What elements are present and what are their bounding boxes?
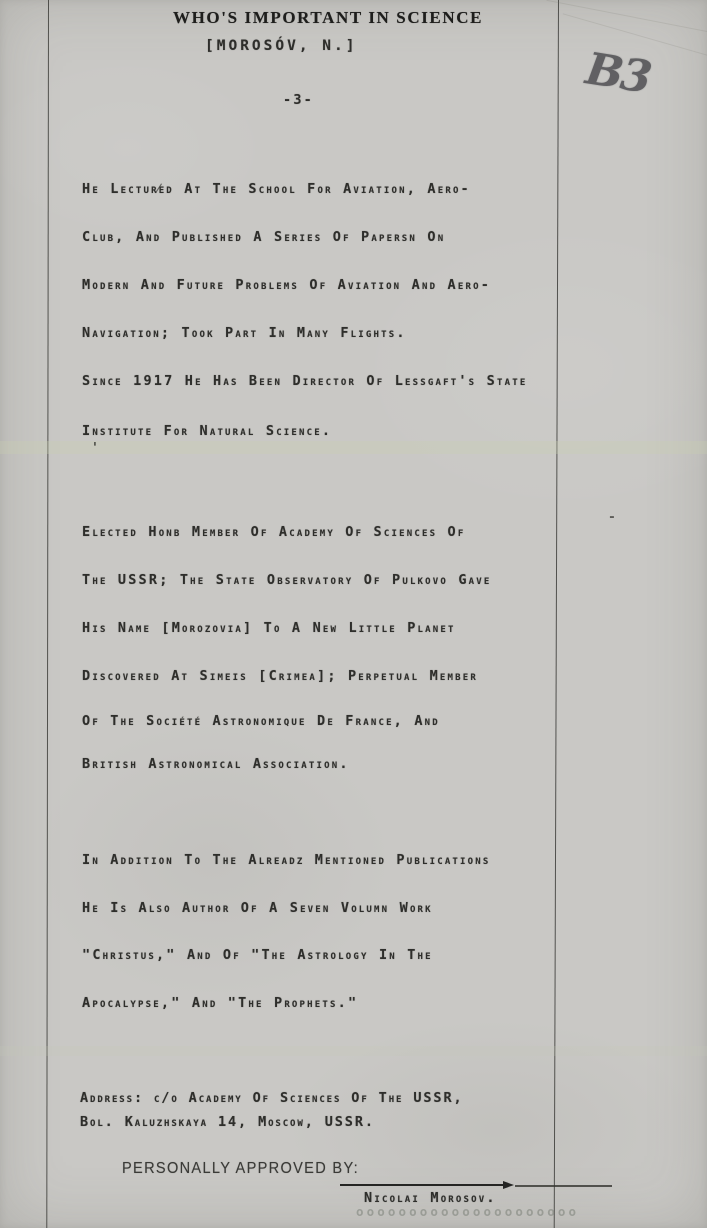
address-line: Bol. Kaluzhskaya 14, Moscow, USSR. [80,1114,375,1130]
scan-tint-band [0,441,707,454]
text-line: Institute For Natural Science. [82,423,332,439]
page-number: -3- [283,92,314,108]
text-line: In Addition To The Alreadz Mentioned Pub… [82,852,491,868]
text-line: Of The Société Astronomique De France, A… [82,713,440,729]
text-line: He Lectured At The School For Aviation, … [82,181,471,197]
text-line: "Christus," And Of "The Astrology In The [82,947,433,963]
signature-line [515,1185,612,1187]
text-line: Since 1917 He Has Been Director Of Lessg… [82,373,527,389]
faded-typed-row: ooooooooooooooooooooo [356,1204,579,1219]
text-line: The USSR; The State Observatory Of Pulko… [82,572,492,588]
arrow-icon [503,1181,514,1189]
text-line: His Name [Morozovia] To A New Little Pla… [82,620,456,636]
text-line: Discovered At Simeis [Crimea]; Perpetual… [82,668,478,684]
text-line: Navigation; Took Part In Many Flights. [82,325,407,341]
stray-mark: ' [91,441,99,456]
page-title: WHO'S IMPORTANT IN SCIENCE [173,8,483,28]
subject-name: [MOROSÓV, N.] [205,38,358,54]
text-line: British Astronomical Association. [82,756,350,772]
text-line: Club, And Published A Series Of Papersn … [82,229,445,245]
left-margin-line [46,0,49,1228]
paper-crease [563,13,707,55]
handwritten-archive-mark: B3 [582,43,653,103]
text-line: Apocalypse," And "The Prophets." [82,995,358,1011]
scanned-document-page: WHO'S IMPORTANT IN SCIENCE [MOROSÓV, N.]… [0,0,707,1228]
text-line: He Is Also Author Of A Seven Volumn Work [82,900,433,916]
address-line: Address: c/o Academy Of Sciences Of The … [80,1090,464,1106]
scan-tint-band [0,1046,707,1056]
right-margin-line [554,0,560,1228]
stray-mark: - [608,510,616,525]
approval-label: PERSONALLY APPROVED BY: [122,1160,359,1178]
text-line: Modern And Future Problems Of Aviation A… [82,277,491,293]
paper-crease [546,0,707,33]
text-line: Elected Honb Member Of Academy Of Scienc… [82,524,465,540]
signature-line [340,1184,506,1186]
